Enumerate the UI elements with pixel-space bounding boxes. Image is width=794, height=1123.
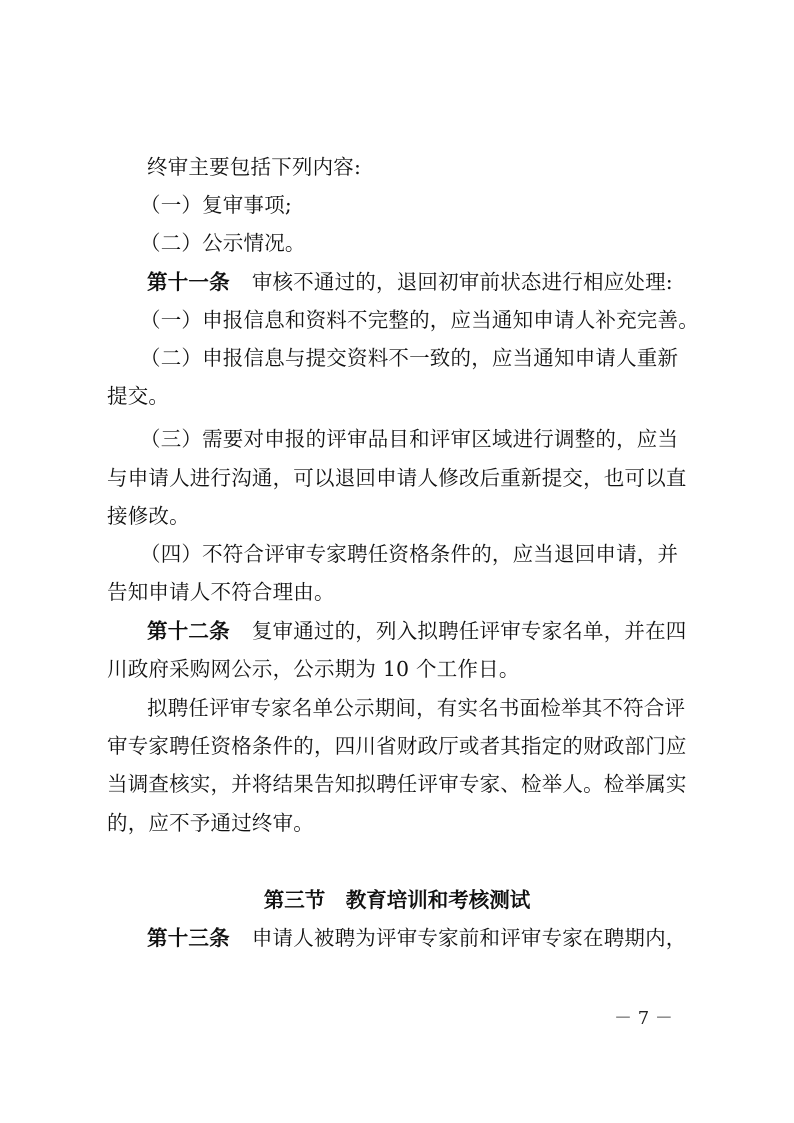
list-item-line: （一）复审事项;: [140, 193, 730, 217]
line-text: 终审主要包括下列内容:: [147, 155, 361, 179]
line-text: 拟聘任评审专家名单公示期间，有实名书面检举其不符合评: [147, 696, 685, 720]
paragraph-line: 审专家聘任资格条件的，四川省财政厅或者其指定的财政部门应: [107, 734, 697, 758]
section-title: 第三节 教育培训和考核测试: [0, 888, 794, 912]
line-text: 申请人被聘为评审专家前和评审专家在聘期内，: [252, 926, 687, 950]
list-item-line: （一）申报信息和资料不完整的，应当通知申请人补充完善。: [140, 308, 730, 332]
paragraph-line: 终审主要包括下列内容:: [147, 155, 737, 179]
line-text: 当调查核实，并将结果告知拟聘任评审专家、检举人。检举属实: [107, 772, 687, 796]
document-page: 终审主要包括下列内容: （一）复审事项; （二）公示情况。 第十一条审核不通过的…: [0, 0, 794, 1123]
paragraph-line: 川政府采购网公示，公示期为 10 个工作日。: [107, 657, 697, 681]
article-heading: 第十二条: [147, 619, 230, 643]
line-text: （一）复审事项;: [140, 193, 292, 217]
line-text: （二）公示情况。: [140, 231, 306, 255]
line-text: 告知申请人不符合理由。: [107, 580, 335, 604]
line-text: 审专家聘任资格条件的，四川省财政厅或者其指定的财政部门应: [107, 734, 687, 758]
article-12-line: 第十二条复审通过的，列入拟聘任评审专家名单，并在四: [147, 619, 737, 643]
line-text: 审核不通过的，退回初审前状态进行相应处理:: [252, 270, 673, 294]
paragraph-line: 告知申请人不符合理由。: [107, 580, 697, 604]
paragraph-line: 当调查核实，并将结果告知拟聘任评审专家、检举人。检举属实: [107, 772, 697, 796]
line-text: 与申请人进行沟通，可以退回申请人修改后重新提交，也可以直: [107, 466, 687, 490]
paragraph-line: 与申请人进行沟通，可以退回申请人修改后重新提交，也可以直: [107, 466, 697, 490]
article-heading: 第十一条: [147, 270, 230, 294]
list-item-line: （四）不符合评审专家聘任资格条件的，应当退回申请，并: [140, 542, 730, 566]
paragraph-line: 拟聘任评审专家名单公示期间，有实名书面检举其不符合评: [147, 696, 737, 720]
paragraph-line: 的，应不予通过终审。: [107, 811, 697, 835]
page-number: － 7 －: [614, 1008, 673, 1030]
line-text: 接修改。: [107, 504, 190, 528]
list-item-line: （三）需要对申报的评审品目和评审区域进行调整的，应当: [140, 427, 730, 451]
paragraph-line: 提交。: [107, 384, 697, 408]
article-heading: 第十三条: [147, 926, 230, 950]
line-text: （四）不符合评审专家聘任资格条件的，应当退回申请，并: [140, 542, 678, 566]
line-text: 川政府采购网公示，公示期为 10 个工作日。: [107, 657, 520, 681]
line-text: （三）需要对申报的评审品目和评审区域进行调整的，应当: [140, 427, 678, 451]
line-text: 提交。: [107, 384, 169, 408]
list-item-line: （二）公示情况。: [140, 231, 730, 255]
article-13-line: 第十三条申请人被聘为评审专家前和评审专家在聘期内，: [147, 926, 737, 950]
article-11-line: 第十一条审核不通过的，退回初审前状态进行相应处理:: [147, 270, 737, 294]
line-text: 复审通过的，列入拟聘任评审专家名单，并在四: [252, 619, 687, 643]
line-text: （一）申报信息和资料不完整的，应当通知申请人补充完善。: [140, 308, 699, 332]
list-item-line: （二）申报信息与提交资料不一致的，应当通知申请人重新: [140, 346, 730, 370]
paragraph-line: 接修改。: [107, 504, 697, 528]
line-text: 的，应不予通过终审。: [107, 811, 314, 835]
line-text: （二）申报信息与提交资料不一致的，应当通知申请人重新: [140, 346, 678, 370]
